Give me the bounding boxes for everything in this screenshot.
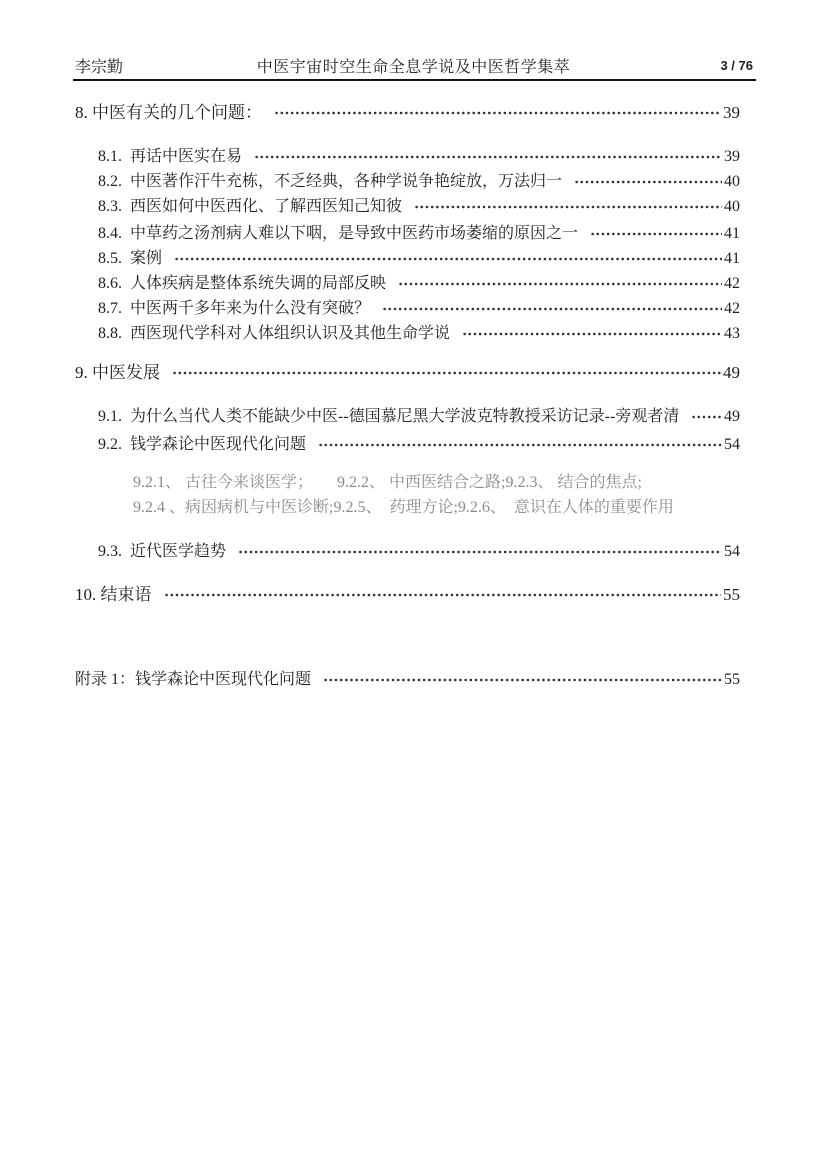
toc-entry: 8.6. 人体疾病是整体系统失调的局部反映 42 bbox=[72, 271, 740, 296]
toc-entry-page: 41 bbox=[724, 246, 740, 271]
toc-entry-label: 8.6. 人体疾病是整体系统失调的局部反映 bbox=[98, 271, 386, 296]
dot-leader bbox=[462, 321, 722, 346]
dot-leader bbox=[254, 144, 722, 169]
toc-entry: 9. 中医发展 49 bbox=[72, 360, 740, 385]
dot-leader bbox=[318, 432, 722, 457]
dot-leader bbox=[382, 296, 722, 321]
dot-leader bbox=[691, 404, 722, 429]
header-title: 中医宇宙时空生命全息学说及中医哲学集萃 bbox=[0, 54, 827, 77]
toc-entry: 9.2. 钱学森论中医现代化问题 54 bbox=[72, 432, 740, 457]
toc-entry-page: 39 bbox=[724, 144, 740, 169]
toc-entry-label: 9.1. 为什么当代人类不能缺少中医--德国慕尼黑大学波克特教授采访记录--旁观… bbox=[98, 404, 679, 429]
toc-entry: 8. 中医有关的几个问题： 39 bbox=[72, 100, 740, 125]
toc-entry: 8.1. 再话中医实在易 39 bbox=[72, 144, 740, 169]
toc-entry: 8.8. 西医现代学科对人体组织认识及其他生命学说 43 bbox=[72, 321, 740, 346]
toc-entry-label: 8.7. 中医两千多年来为什么没有突破？ bbox=[98, 296, 370, 321]
toc-subnote: 9.2.4 、病因病机与中医诊断;9.2.5、 药理方论;9.2.6、 意识在人… bbox=[72, 495, 740, 520]
toc-subnote-label: 9.2.1、 古往今来谈医学； 9.2.2、 中西医结合之路;9.2.3、 结合… bbox=[133, 470, 642, 495]
dot-leader bbox=[398, 271, 722, 296]
toc-entry-page: 54 bbox=[724, 432, 740, 457]
toc-entry: 8.4. 中草药之汤剂病人难以下咽，是导致中医药市场萎缩的原因之一 41 bbox=[72, 221, 740, 246]
toc-entry-label: 10. 结束语 bbox=[75, 582, 152, 607]
toc-entry: 9.3. 近代医学趋势 54 bbox=[72, 539, 740, 564]
dot-leader bbox=[414, 194, 722, 219]
toc-entry-page: 49 bbox=[723, 360, 740, 385]
dot-leader bbox=[238, 539, 722, 564]
toc-entry-label: 9.2. 钱学森论中医现代化问题 bbox=[98, 432, 306, 457]
toc-entry-page: 40 bbox=[724, 169, 740, 194]
toc-entry: 8.2. 中医著作汗牛充栋，不乏经典，各种学说争艳绽放，万法归一 40 bbox=[72, 169, 740, 194]
toc-entry-page: 39 bbox=[723, 100, 740, 125]
toc-entry-page: 55 bbox=[723, 582, 740, 607]
toc-entry-label: 8.5. 案例 bbox=[98, 246, 162, 271]
dot-leader bbox=[590, 221, 722, 246]
toc-entry: 9.1. 为什么当代人类不能缺少中医--德国慕尼黑大学波克特教授采访记录--旁观… bbox=[72, 404, 740, 429]
toc-entry: 8.5. 案例 41 bbox=[72, 246, 740, 271]
toc-entry-page: 42 bbox=[724, 296, 740, 321]
toc-entry: 10. 结束语 55 bbox=[72, 582, 740, 607]
toc-entry-label: 9.3. 近代医学趋势 bbox=[98, 539, 226, 564]
toc-entry-label: 8.4. 中草药之汤剂病人难以下咽，是导致中医药市场萎缩的原因之一 bbox=[98, 221, 578, 246]
toc-subnote-label: 9.2.4 、病因病机与中医诊断;9.2.5、 药理方论;9.2.6、 意识在人… bbox=[133, 495, 674, 520]
toc-entry-page: 43 bbox=[724, 321, 740, 346]
toc-entry-label: 8. 中医有关的几个问题： bbox=[75, 100, 262, 125]
toc-entry-label: 8.2. 中医著作汗牛充栋，不乏经典，各种学说争艳绽放，万法归一 bbox=[98, 169, 562, 194]
toc-entry-label: 附录 1：钱学森论中医现代化问题 bbox=[75, 667, 311, 692]
toc-entry-page: 42 bbox=[724, 271, 740, 296]
toc-entry: 附录 1：钱学森论中医现代化问题 55 bbox=[72, 667, 740, 692]
table-of-contents: 8. 中医有关的几个问题： 39 8.1. 再话中医实在易 39 8.2. 中医… bbox=[72, 80, 740, 692]
dot-leader bbox=[174, 246, 722, 271]
dot-leader bbox=[172, 360, 721, 385]
dot-leader bbox=[164, 582, 722, 607]
document-page: 李宗勤 中医宇宙时空生命全息学说及中医哲学集萃 3 / 76 8. 中医有关的几… bbox=[0, 0, 827, 1169]
header-page-indicator: 3 / 76 bbox=[720, 58, 753, 73]
dot-leader bbox=[323, 667, 722, 692]
toc-entry-label: 8.3. 西医如何中医西化、了解西医知己知彼 bbox=[98, 194, 402, 219]
toc-entry-page: 55 bbox=[724, 667, 740, 692]
toc-subnote: 9.2.1、 古往今来谈医学； 9.2.2、 中西医结合之路;9.2.3、 结合… bbox=[72, 470, 740, 495]
dot-leader bbox=[574, 169, 722, 194]
toc-entry-page: 49 bbox=[724, 404, 740, 429]
toc-entry-page: 40 bbox=[724, 194, 740, 219]
dot-leader bbox=[274, 100, 721, 125]
toc-entry: 8.3. 西医如何中医西化、了解西医知己知彼 40 bbox=[72, 194, 740, 219]
toc-entry-label: 8.8. 西医现代学科对人体组织认识及其他生命学说 bbox=[98, 321, 450, 346]
toc-entry-label: 9. 中医发展 bbox=[75, 360, 160, 385]
toc-entry: 8.7. 中医两千多年来为什么没有突破？ 42 bbox=[72, 296, 740, 321]
toc-entry-label: 8.1. 再话中医实在易 bbox=[98, 144, 242, 169]
toc-entry-page: 54 bbox=[724, 539, 740, 564]
toc-entry-page: 41 bbox=[724, 221, 740, 246]
